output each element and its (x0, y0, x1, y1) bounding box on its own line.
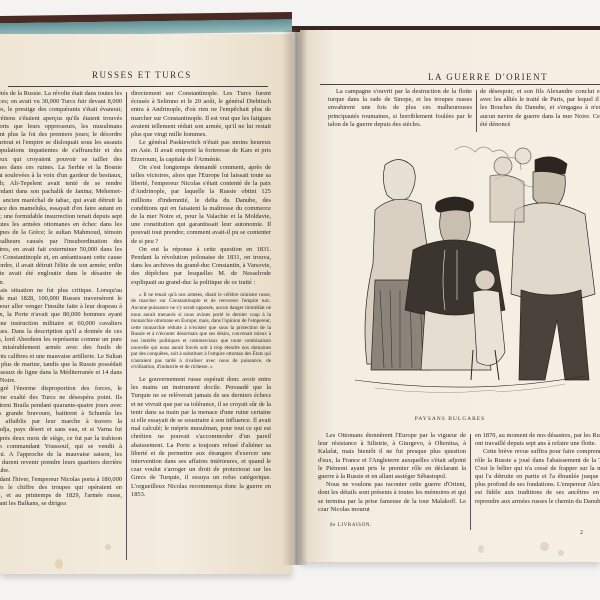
paragraph: Les Ottomans étonnèrent l'Europe par la … (318, 432, 466, 481)
right-bottom-column-2: en 1870, au moment de nos désastres, par… (475, 432, 600, 506)
running-head-right: LA GUERRE D'ORIENT (428, 72, 548, 82)
paragraph: ses rejetés de la Russie. La révolte éta… (0, 90, 122, 287)
right-top-column-1: La campagne s'ouvrit par la destruction … (328, 88, 472, 129)
paragraph: Le général Paskiewitch n'était pas moins… (131, 139, 271, 164)
left-column-2: directement sur Constantinople. Les Turc… (131, 90, 271, 499)
block-quote: « Il ne tenait qu'à nos armées, disait l… (131, 292, 271, 371)
paragraph: de désespoir, et son fils Alexandre conc… (480, 88, 600, 129)
left-page: RUSSES ET TURCS ses rejetés de la Russie… (0, 34, 292, 574)
paper-stain (558, 550, 564, 556)
book-cover-edge (0, 12, 292, 36)
paper-stain (105, 544, 111, 550)
open-book: RUSSES ET TURCS ses rejetés de la Russie… (0, 0, 600, 600)
paragraph: Nous ne voulons pas raconter cette guerr… (318, 481, 466, 514)
paragraph: directement sur Constantinople. Les Turc… (131, 90, 271, 139)
engraving-illustration (345, 140, 600, 410)
right-top-column-2: de désespoir, et son fils Alexandre conc… (480, 88, 600, 129)
paragraph: Jamais situation ne fut plus critique. L… (0, 287, 122, 385)
running-head-left: RUSSES ET TURCS (92, 70, 192, 80)
paragraph: Malgré l'énorme disproportion des forces… (0, 385, 122, 475)
paragraph: Cette brève revue suffira pour faire com… (475, 448, 600, 505)
paragraph: On eut la réponse à cette question en 18… (131, 246, 271, 287)
paper-stain (540, 542, 549, 551)
paragraph: Pendant l'hiver, l'empereur Nicolas port… (0, 476, 122, 509)
signature-mark: 8e LIVRAISON. (330, 523, 372, 528)
paragraph: On s'est longtemps demandé comment, aprè… (131, 164, 271, 246)
right-bottom-column-1: Les Ottomans étonnèrent l'Europe par la … (318, 432, 466, 514)
column-divider (126, 92, 127, 560)
header-rule (320, 84, 600, 85)
paragraph: en 1870, au moment de nos désastres, par… (475, 432, 600, 448)
column-divider (470, 434, 471, 530)
column-divider (476, 90, 477, 132)
header-rule (8, 86, 268, 87)
paragraph: La campagne s'ouvrit par la destruction … (328, 88, 472, 129)
page-number: 2 (580, 530, 583, 536)
paper-stain (55, 559, 63, 569)
left-column-1: ses rejetés de la Russie. La révolte éta… (0, 90, 122, 508)
illustration-caption: PAYSANS BULGARES (300, 416, 600, 422)
book-spine (282, 30, 308, 565)
paragraph: Le gouvernement russe espérait donc avoi… (131, 376, 271, 499)
paper-stain (478, 545, 484, 553)
